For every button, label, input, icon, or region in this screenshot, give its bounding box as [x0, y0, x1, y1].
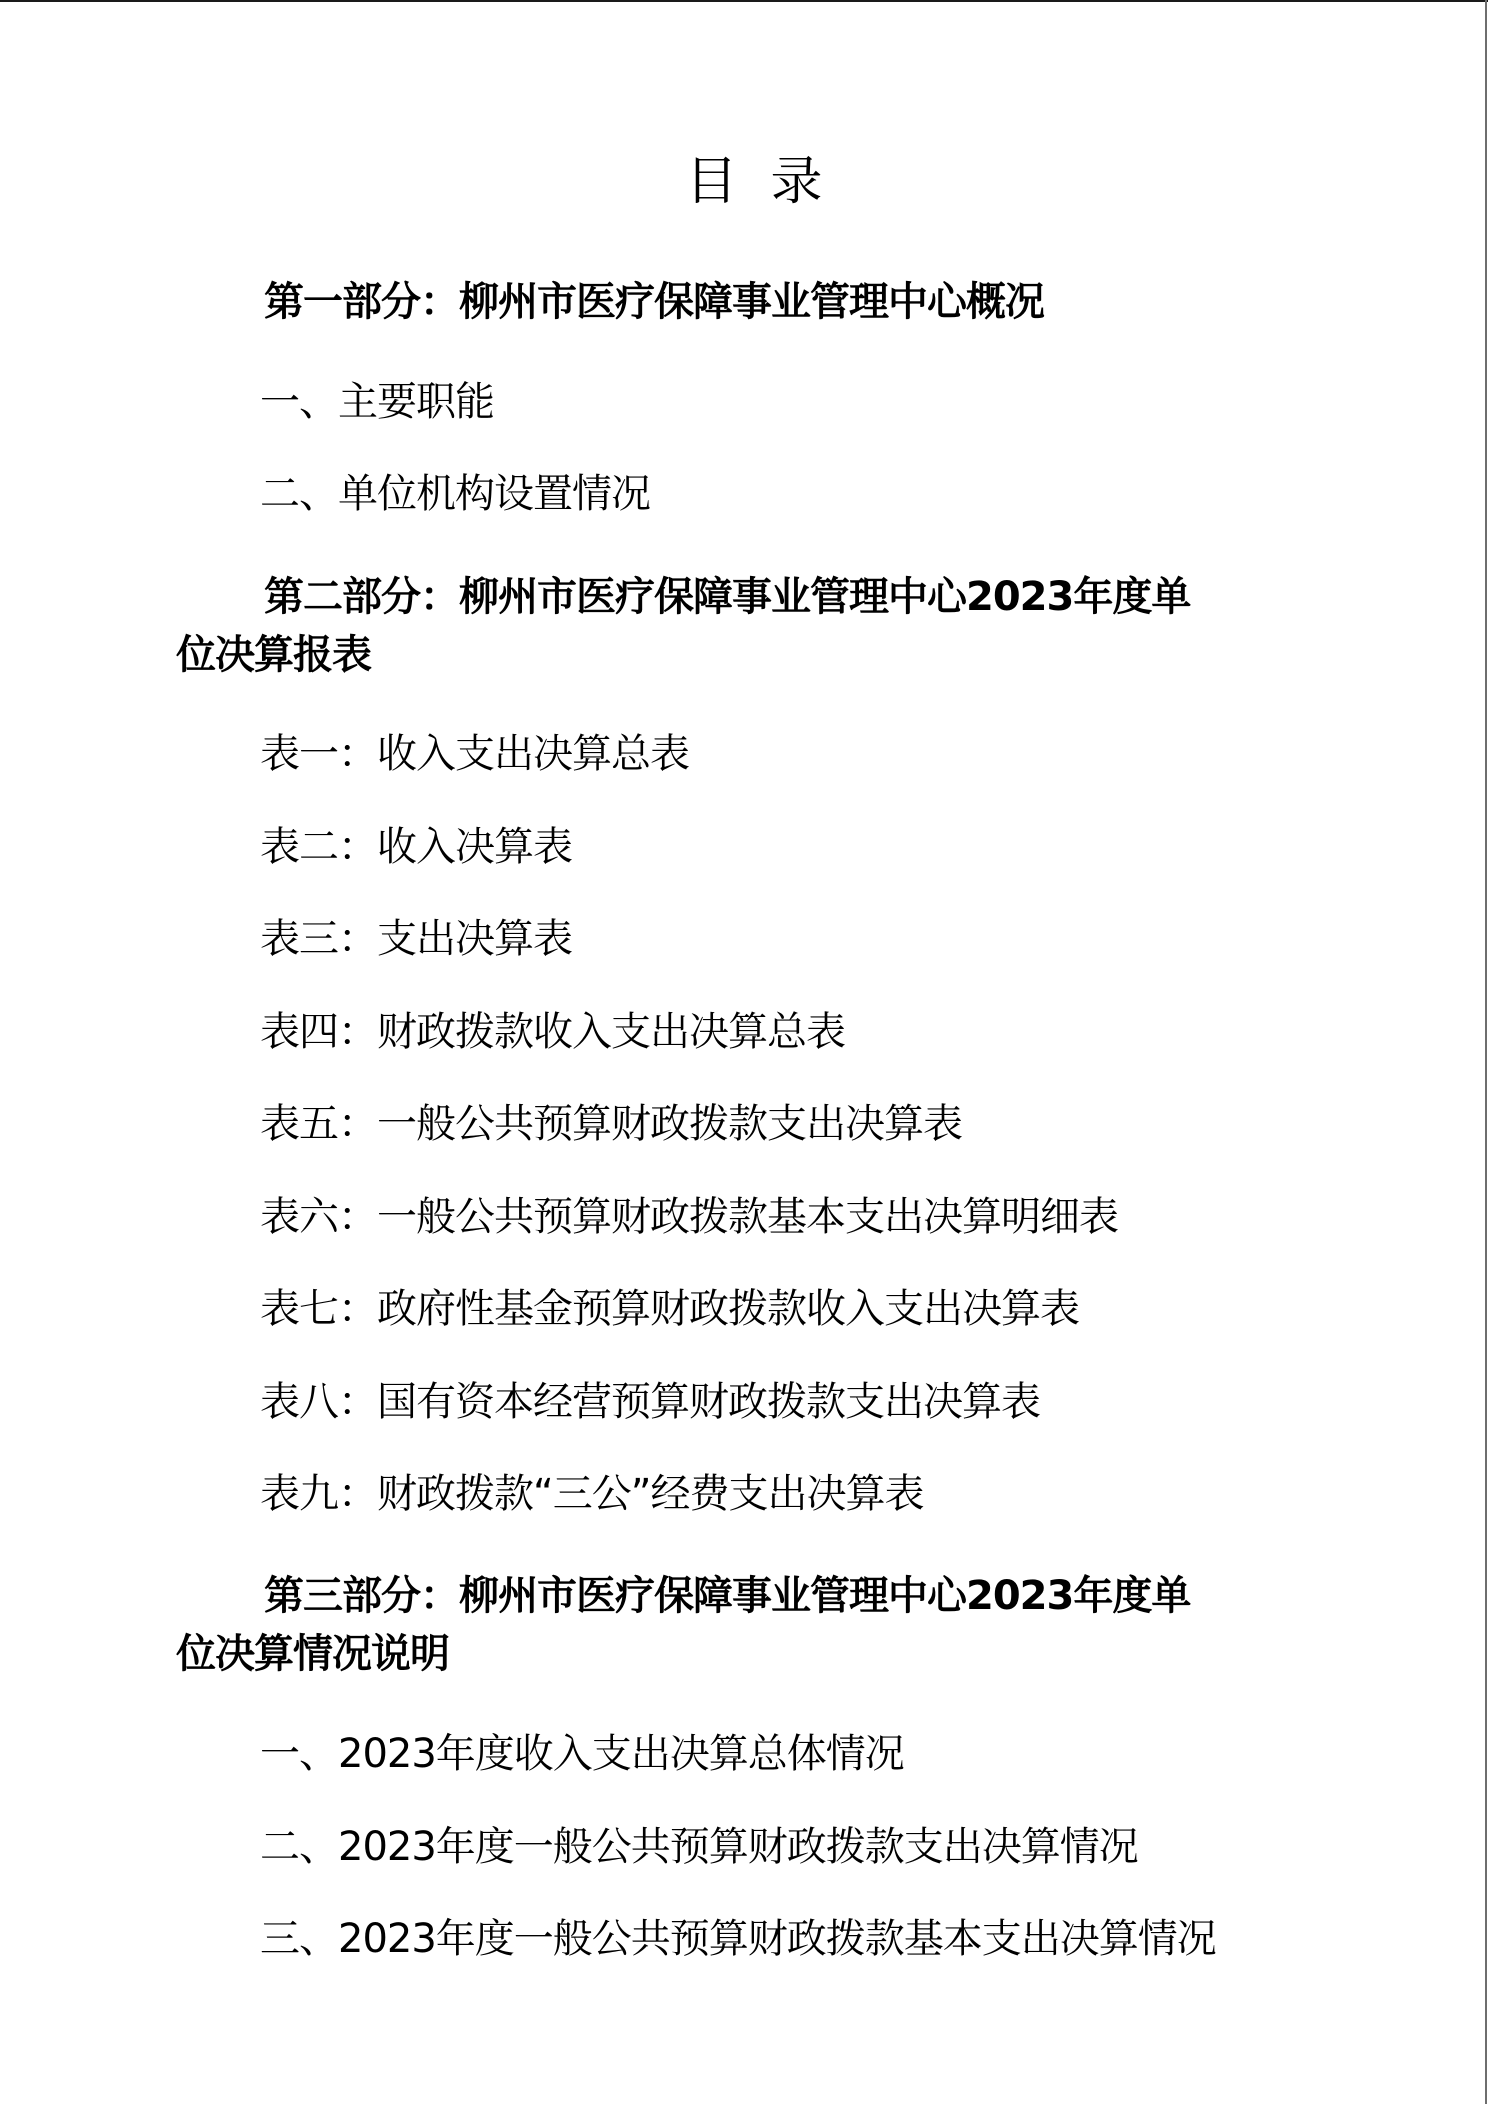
- toc-item-2-6: 表六：一般公共预算财政拨款基本支出决算明细表: [260, 1194, 1118, 1240]
- section-heading-part-2-line-2: 位决算报表: [176, 632, 371, 678]
- toc-item-2-3: 表三：支出决算表: [260, 916, 572, 962]
- toc-item-2-5: 表五：一般公共预算财政拨款支出决算表: [260, 1101, 962, 1147]
- toc-item-2-8: 表八：国有资本经营预算财政拨款支出决算表: [260, 1379, 1040, 1425]
- toc-item-2-9: 表九：财政拨款“三公”经费支出决算表: [260, 1471, 923, 1517]
- toc-item-2-1: 表一：收入支出决算总表: [260, 731, 689, 777]
- section-heading-part-3-line-1: 第三部分：柳州市医疗保障事业管理中心2023年度单: [264, 1573, 1190, 1619]
- toc-item-1-1: 一、主要职能: [260, 379, 494, 425]
- top-border-line: [0, 0, 1488, 2]
- toc-item-3-1: 一、2023年度收入支出决算总体情况: [260, 1731, 904, 1777]
- toc-title: 目 录: [0, 152, 1488, 212]
- toc-item-3-2: 二、2023年度一般公共预算财政拨款支出决算情况: [260, 1824, 1138, 1870]
- section-heading-part-3-line-2: 位决算情况说明: [176, 1631, 449, 1677]
- toc-item-2-4: 表四：财政拨款收入支出决算总表: [260, 1009, 845, 1055]
- section-heading-part-2-line-1: 第二部分：柳州市医疗保障事业管理中心2023年度单: [264, 574, 1190, 620]
- toc-item-2-7: 表七：政府性基金预算财政拨款收入支出决算表: [260, 1286, 1079, 1332]
- toc-item-3-3: 三、2023年度一般公共预算财政拨款基本支出决算情况: [260, 1916, 1216, 1962]
- toc-item-2-2: 表二：收入决算表: [260, 824, 572, 870]
- document-page: 目 录 第一部分：柳州市医疗保障事业管理中心概况 一、主要职能 二、单位机构设置…: [0, 0, 1488, 2104]
- toc-item-1-2: 二、单位机构设置情况: [260, 471, 650, 517]
- right-border-line: [1485, 0, 1487, 2104]
- section-heading-part-1: 第一部分：柳州市医疗保障事业管理中心概况: [264, 279, 1044, 325]
